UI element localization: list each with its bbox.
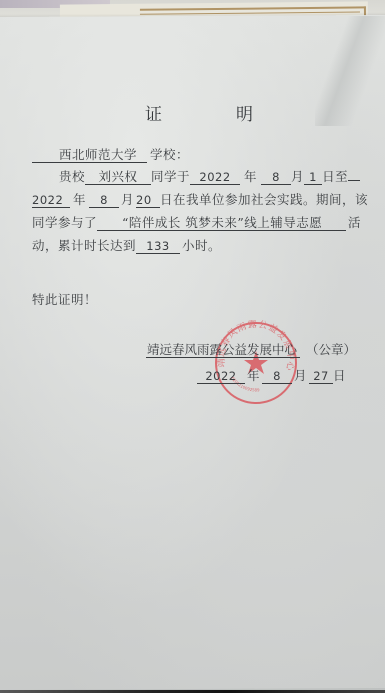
text-suffix: 小时。 bbox=[182, 238, 221, 253]
end-year: 2022 bbox=[32, 193, 70, 208]
day-label: 日 bbox=[333, 368, 346, 383]
addressee-suffix: 学校： bbox=[150, 147, 189, 162]
organization-name: 靖远春风雨露公益发展中心 bbox=[146, 343, 300, 358]
text-prefix: 同学参与了 bbox=[32, 215, 97, 230]
text-prefix: 贵校 bbox=[59, 169, 85, 184]
body-line-3: 同学参与了“陪伴成长 筑梦未来”线上辅导志愿活 bbox=[32, 213, 361, 231]
closing-text: 特此证明！ bbox=[32, 290, 97, 308]
start-month: 8 bbox=[261, 170, 291, 185]
day-to-label: 日至 bbox=[322, 169, 348, 184]
month-label: 月 bbox=[121, 192, 134, 207]
document-content: 证 明 西北师范大学学校： 贵校刘兴权同学于2022年8月1日至 2022年8月… bbox=[0, 0, 385, 693]
text-rest: 日在我单位参加社会实践。期间，该 bbox=[160, 192, 368, 207]
sign-day: 27 bbox=[309, 369, 333, 384]
title-char-2: 明 bbox=[236, 100, 253, 125]
signature-date: 2022年8月27日 bbox=[197, 366, 346, 384]
seal-label: （公章） bbox=[306, 342, 356, 357]
end-month: 8 bbox=[89, 193, 119, 208]
body-line-4: 动，累计时长达到133小时。 bbox=[32, 236, 221, 254]
signature-block: 靖远春风雨露公益发展中心（公章） bbox=[146, 340, 356, 358]
sign-month: 8 bbox=[262, 369, 292, 384]
body-line-2: 2022年8月20日在我单位参加社会实践。期间，该 bbox=[32, 190, 368, 208]
total-hours: 133 bbox=[136, 239, 180, 254]
month-label: 月 bbox=[291, 169, 304, 184]
sign-year: 2022 bbox=[197, 369, 245, 384]
start-year: 2022 bbox=[190, 170, 240, 185]
blank-underline bbox=[348, 180, 360, 181]
year-label: 年 bbox=[73, 192, 86, 207]
text-mid: 同学于 bbox=[151, 169, 190, 184]
school-name: 西北师范大学 bbox=[32, 148, 147, 163]
end-day: 20 bbox=[136, 193, 160, 208]
addressee-line: 西北师范大学学校： bbox=[32, 145, 189, 163]
title-char-1: 证 bbox=[145, 100, 162, 125]
student-name: 刘兴权 bbox=[85, 170, 151, 185]
year-label: 年 bbox=[247, 368, 260, 383]
official-seal-stamp: 靖远春风雨露公益发展中心 6204210092589 bbox=[213, 320, 299, 406]
activity-name: “陪伴成长 筑梦未来”线上辅导志愿 bbox=[97, 216, 346, 231]
month-label: 月 bbox=[294, 368, 307, 383]
body-line-1: 贵校刘兴权同学于2022年8月1日至 bbox=[59, 167, 360, 185]
year-label: 年 bbox=[244, 169, 257, 184]
start-day: 1 bbox=[304, 170, 322, 185]
text-prefix: 动，累计时长达到 bbox=[32, 238, 136, 253]
text-suffix: 活 bbox=[348, 215, 361, 230]
